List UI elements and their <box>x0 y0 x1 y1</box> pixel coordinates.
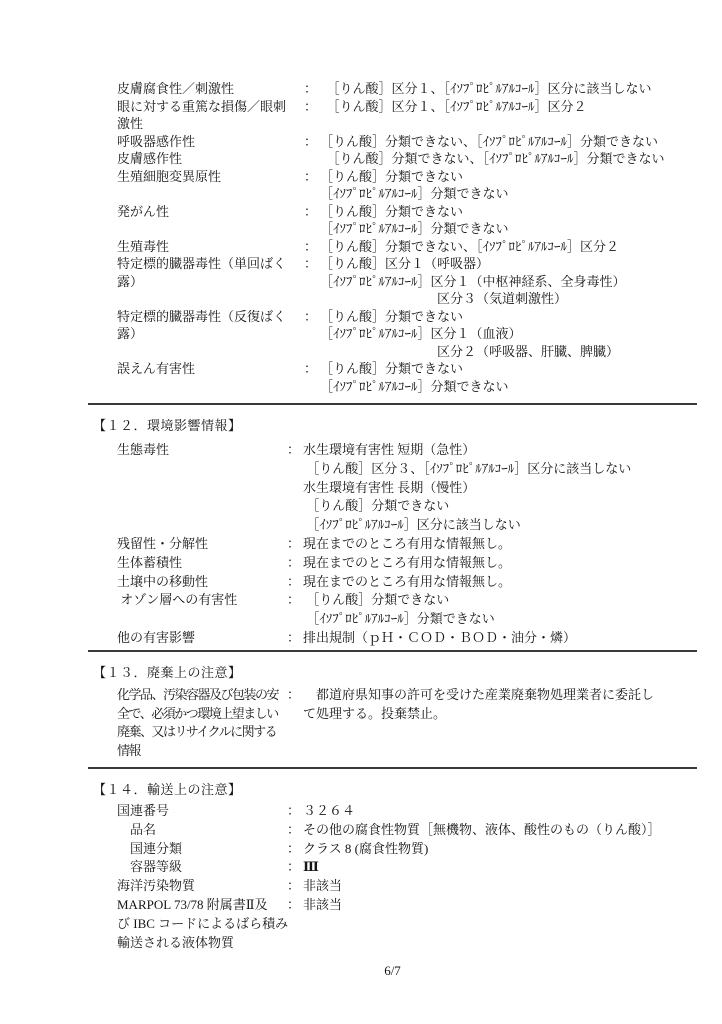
section-12-rows: 生態毒性：水生環境有害性 短期（急性） ［りん酸］区分３、［ｲｿﾌﾟﾛﾋﾟﾙｱﾙ… <box>88 441 697 648</box>
field-value: ３２６４ <box>303 802 697 821</box>
label-line: 国連番号 <box>117 802 287 821</box>
field-row: 化学品、汚染容器及び包装の安全で、必須かつ環境上望ましい廃棄、又はリサイクルに関… <box>117 686 697 761</box>
colon-line: ： <box>287 802 303 821</box>
value-line: ［りん酸］分類できない、［ｲｿﾌﾟﾛﾋﾟﾙｱﾙｺｰﾙ］分類できない <box>320 150 697 168</box>
field-row: オゾン層への有害性： ［りん酸］分類できない ［ｲｿﾌﾟﾛﾋﾟﾙｱﾙｺｰﾙ］分類… <box>117 591 697 629</box>
value-line: ［ｲｿﾌﾟﾛﾋﾟﾙｱﾙｺｰﾙ］分類できない <box>320 378 697 396</box>
value-line: ［りん酸］分類できない <box>320 168 697 186</box>
colon-line: ： <box>287 877 303 896</box>
sds-document-page: 皮膚腐食性／刺激性： ［りん酸］区分１、［ｲｿﾌﾟﾛﾋﾟﾙｱﾙｺｰﾙ］区分に該当… <box>0 0 722 1024</box>
colon-line <box>304 150 320 168</box>
colon-line: ： <box>287 554 303 573</box>
value-line: ［りん酸］区分１、［ｲｿﾌﾟﾛﾋﾟﾙｱﾙｺｰﾙ］区分に該当しない <box>320 80 697 98</box>
field-value: ［りん酸］区分１、［ｲｿﾌﾟﾛﾋﾟﾙｱﾙｺｰﾙ］区分２ <box>320 98 697 116</box>
field-colon: ： <box>287 821 303 840</box>
colon-line: ： <box>287 686 303 705</box>
field-value: Ⅲ <box>303 858 697 877</box>
label-line: 発がん性 <box>117 203 304 221</box>
value-line: 水生環境有害性 短期（急性） <box>303 441 697 460</box>
field-value: 水生環境有害性 短期（急性） ［りん酸］区分３、［ｲｿﾌﾟﾛﾋﾟﾙｱﾙｺｰﾙ］区… <box>303 441 697 535</box>
field-row: 生殖細胞変異原性：［りん酸］分類できない［ｲｿﾌﾟﾛﾋﾟﾙｱﾙｺｰﾙ］分類できな… <box>117 168 697 203</box>
field-colon: ： <box>287 441 303 460</box>
value-line: 現在までのところ有用な情報無し。 <box>303 554 697 573</box>
value-line: 区分３（気道刺激性） <box>320 290 697 308</box>
value-line: ３２６４ <box>303 802 697 821</box>
value-line: 非該当 <box>303 877 697 896</box>
field-row: 特定標的臓器毒性（反復ばく露）：［りん酸］分類できない［ｲｿﾌﾟﾛﾋﾟﾙｱﾙｺｰ… <box>117 308 697 361</box>
page-number: 6/7 <box>88 961 697 980</box>
field-label: 誤えん有害性 <box>117 360 304 378</box>
value-line: ［ｲｿﾌﾟﾛﾋﾟﾙｱﾙｺｰﾙ］区分に該当しない <box>303 516 697 535</box>
section-divider <box>88 650 697 652</box>
section-divider <box>88 767 697 769</box>
field-row: 皮膚感作性 ［りん酸］分類できない、［ｲｿﾌﾟﾛﾋﾟﾙｱﾙｺｰﾙ］分類できない <box>117 150 697 168</box>
field-colon: ： <box>304 98 320 116</box>
field-label: 皮膚感作性 <box>117 150 304 168</box>
label-line: 化学品、汚染容器及び包装の安 <box>117 686 287 705</box>
section-13-rows: 化学品、汚染容器及び包装の安全で、必須かつ環境上望ましい廃棄、又はリサイクルに関… <box>88 686 697 761</box>
field-label: 眼に対する重篤な損傷／眼刺激性 <box>117 98 304 133</box>
field-label: オゾン層への有害性 <box>117 591 287 610</box>
colon-line: ： <box>287 858 303 877</box>
field-colon: ： <box>287 629 303 648</box>
field-label: 皮膚腐食性／刺激性 <box>117 80 304 98</box>
label-line: 生体蓄積性 <box>117 554 287 573</box>
label-line: 誤えん有害性 <box>117 360 304 378</box>
value-line: 区分２（呼吸器、肝臓、脾臓） <box>320 343 697 361</box>
field-row: 残留性・分解性：現在までのところ有用な情報無し。 <box>117 535 697 554</box>
section-divider <box>88 403 697 405</box>
section-12-title: 【１２．環境影響情報】 <box>93 416 697 435</box>
value-line: ［りん酸］分類できない <box>320 308 697 326</box>
field-value: ［りん酸］分類できない［ｲｿﾌﾟﾛﾋﾟﾙｱﾙｺｰﾙ］区分１（血液） 区分２（呼吸… <box>320 308 697 361</box>
section-13-title: 【１３．廃棄上の注意】 <box>93 663 697 682</box>
field-row: 容器等級：Ⅲ <box>117 858 697 877</box>
field-value: ［りん酸］区分１（呼吸器）［ｲｿﾌﾟﾛﾋﾟﾙｱﾙｺｰﾙ］区分１（中枢神経系、全身… <box>320 255 697 308</box>
label-line: MARPOL 73/78 附属書Ⅱ及 <box>117 896 287 915</box>
label-line: 容器等級 <box>117 858 287 877</box>
field-colon: ： <box>304 133 320 151</box>
section-14-title: 【１４．輸送上の注意】 <box>93 780 697 799</box>
field-value: ［りん酸］分類できない［ｲｿﾌﾟﾛﾋﾟﾙｱﾙｺｰﾙ］分類できない <box>320 360 697 395</box>
field-row: 品名：その他の腐食性物質［無機物、液体、酸性のもの（りん酸）］ <box>117 821 697 840</box>
value-line: ［りん酸］分類できない <box>303 497 697 516</box>
label-line: 呼吸器感作性 <box>117 133 304 151</box>
value-line: 排出規制（ｐＨ・ＣＯＤ・ＢＯＤ・油分・燐） <box>303 629 697 648</box>
field-label: 国連番号 <box>117 802 287 821</box>
value-line: ［りん酸］区分３、［ｲｿﾌﾟﾛﾋﾟﾙｱﾙｺｰﾙ］区分に該当しない <box>303 460 697 479</box>
field-value: ［りん酸］区分１、［ｲｿﾌﾟﾛﾋﾟﾙｱﾙｺｰﾙ］区分に該当しない <box>320 80 697 98</box>
field-label: 生殖毒性 <box>117 238 304 256</box>
field-label: 容器等級 <box>117 858 287 877</box>
field-label: 国連分類 <box>117 840 287 859</box>
value-line: クラス 8 (腐食性物質) <box>303 840 697 859</box>
colon-line: ： <box>304 238 320 256</box>
field-row: 誤えん有害性：［りん酸］分類できない［ｲｿﾌﾟﾛﾋﾟﾙｱﾙｺｰﾙ］分類できない <box>117 360 697 395</box>
label-line: 品名 <box>117 821 287 840</box>
value-line: ［ｲｿﾌﾟﾛﾋﾟﾙｱﾙｺｰﾙ］分類できない <box>303 610 697 629</box>
field-label: 化学品、汚染容器及び包装の安全で、必須かつ環境上望ましい廃棄、又はリサイクルに関… <box>117 686 287 761</box>
value-line: ［りん酸］分類できない、［ｲｿﾌﾟﾛﾋﾟﾙｱﾙｺｰﾙ］区分２ <box>320 238 697 256</box>
field-label: 呼吸器感作性 <box>117 133 304 151</box>
label-line: 輸送される液体物質 <box>117 934 287 953</box>
field-row: 海洋汚染物質：非該当 <box>117 877 697 896</box>
label-line: 土壌中の移動性 <box>117 573 287 592</box>
field-label: 生体蓄積性 <box>117 554 287 573</box>
field-value: 現在までのところ有用な情報無し。 <box>303 535 697 554</box>
field-colon: ： <box>287 896 303 915</box>
label-line: 残留性・分解性 <box>117 535 287 554</box>
value-line: 都道府県知事の許可を受けた産業廃棄物処理業者に委託し <box>303 686 697 705</box>
value-line: ［りん酸］分類できない、［ｲｿﾌﾟﾛﾋﾟﾙｱﾙｺｰﾙ］分類できない <box>320 133 697 151</box>
field-row: 生体蓄積性：現在までのところ有用な情報無し。 <box>117 554 697 573</box>
label-line: 露） <box>117 273 304 291</box>
section-11-continuation-rows: 皮膚腐食性／刺激性： ［りん酸］区分１、［ｲｿﾌﾟﾛﾋﾟﾙｱﾙｺｰﾙ］区分に該当… <box>88 80 697 395</box>
field-colon: ： <box>304 203 320 221</box>
field-value: 非該当 <box>303 896 697 915</box>
label-line: 激性 <box>117 115 304 133</box>
colon-line: ： <box>304 360 320 378</box>
field-row: 生殖毒性：［りん酸］分類できない、［ｲｿﾌﾟﾛﾋﾟﾙｱﾙｺｰﾙ］区分２ <box>117 238 697 256</box>
label-line: 廃棄、又はリサイクルに関する <box>117 723 287 742</box>
label-line: 海洋汚染物質 <box>117 877 287 896</box>
value-line: ［りん酸］区分１、［ｲｿﾌﾟﾛﾋﾟﾙｱﾙｺｰﾙ］区分２ <box>320 98 697 116</box>
field-value: 現在までのところ有用な情報無し。 <box>303 573 697 592</box>
field-colon: ： <box>287 573 303 592</box>
field-value: 排出規制（ｐＨ・ＣＯＤ・ＢＯＤ・油分・燐） <box>303 629 697 648</box>
field-colon: ： <box>287 591 303 610</box>
value-line: ［ｲｿﾌﾟﾛﾋﾟﾙｱﾙｺｰﾙ］区分１（血液） <box>320 325 697 343</box>
value-line: ［ｲｿﾌﾟﾛﾋﾟﾙｱﾙｺｰﾙ］区分１（中枢神経系、全身毒性） <box>320 273 697 291</box>
label-line: 他の有害影響 <box>117 629 287 648</box>
value-line: ［りん酸］区分１（呼吸器） <box>320 255 697 273</box>
value-line: 水生環境有害性 長期（慢性） <box>303 479 697 498</box>
field-row: 特定標的臓器毒性（単回ばく露）：［りん酸］区分１（呼吸器）［ｲｿﾌﾟﾛﾋﾟﾙｱﾙ… <box>117 255 697 308</box>
field-value: ［りん酸］分類できない［ｲｿﾌﾟﾛﾋﾟﾙｱﾙｺｰﾙ］分類できない <box>320 203 697 238</box>
value-line: 現在までのところ有用な情報無し。 <box>303 573 697 592</box>
colon-line: ： <box>287 821 303 840</box>
label-line: 全で、必須かつ環境上望ましい <box>117 705 287 724</box>
value-line: 現在までのところ有用な情報無し。 <box>303 535 697 554</box>
field-colon: ： <box>287 554 303 573</box>
field-row: 発がん性：［りん酸］分類できない［ｲｿﾌﾟﾛﾋﾟﾙｱﾙｺｰﾙ］分類できない <box>117 203 697 238</box>
label-line: 国連分類 <box>117 840 287 859</box>
field-label: 生殖細胞変異原性 <box>117 168 304 186</box>
field-row: 皮膚腐食性／刺激性： ［りん酸］区分１、［ｲｿﾌﾟﾛﾋﾟﾙｱﾙｺｰﾙ］区分に該当… <box>117 80 697 98</box>
value-line: ［りん酸］分類できない <box>320 360 697 378</box>
field-label: 生態毒性 <box>117 441 287 460</box>
field-colon: ： <box>304 360 320 378</box>
value-line: ［りん酸］分類できない <box>320 203 697 221</box>
colon-line: ： <box>304 255 320 273</box>
field-colon: ： <box>304 80 320 98</box>
field-label: 発がん性 <box>117 203 304 221</box>
value-line: その他の腐食性物質［無機物、液体、酸性のもの（りん酸）］ <box>303 821 697 840</box>
value-line: ［ｲｿﾌﾟﾛﾋﾟﾙｱﾙｺｰﾙ］分類できない <box>320 185 697 203</box>
colon-line: ： <box>304 308 320 326</box>
field-label: 海洋汚染物質 <box>117 877 287 896</box>
colon-line: ： <box>287 441 303 460</box>
value-line: て処理する。投棄禁止。 <box>303 705 697 724</box>
field-value: その他の腐食性物質［無機物、液体、酸性のもの（りん酸）］ <box>303 821 697 840</box>
field-label: 土壌中の移動性 <box>117 573 287 592</box>
label-line: 生殖毒性 <box>117 238 304 256</box>
colon-line: ： <box>287 591 303 610</box>
field-value: ［りん酸］分類できない［ｲｿﾌﾟﾛﾋﾟﾙｱﾙｺｰﾙ］分類できない <box>320 168 697 203</box>
field-value: ［りん酸］分類できない、［ｲｿﾌﾟﾛﾋﾟﾙｱﾙｺｰﾙ］分類できない <box>320 150 697 168</box>
field-row: 国連番号：３２６４ <box>117 802 697 821</box>
field-value: 現在までのところ有用な情報無し。 <box>303 554 697 573</box>
colon-line: ： <box>304 203 320 221</box>
field-value: ［りん酸］分類できない、［ｲｿﾌﾟﾛﾋﾟﾙｱﾙｺｰﾙ］分類できない <box>320 133 697 151</box>
colon-line: ： <box>287 896 303 915</box>
value-line: ［りん酸］分類できない <box>303 591 697 610</box>
field-colon: ： <box>304 255 320 273</box>
label-line: 生態毒性 <box>117 441 287 460</box>
value-line: ［ｲｿﾌﾟﾛﾋﾟﾙｱﾙｺｰﾙ］分類できない <box>320 220 697 238</box>
colon-line: ： <box>304 80 320 98</box>
label-line: び IBC コードによるばら積み <box>117 915 287 934</box>
label-line: 皮膚腐食性／刺激性 <box>117 80 304 98</box>
field-colon: ： <box>287 802 303 821</box>
field-colon: ： <box>304 238 320 256</box>
field-colon: ： <box>287 877 303 896</box>
field-colon: ： <box>304 168 320 186</box>
label-line: 特定標的臓器毒性（単回ばく <box>117 255 304 273</box>
colon-line: ： <box>287 573 303 592</box>
field-colon <box>304 150 320 168</box>
field-label: 残留性・分解性 <box>117 535 287 554</box>
colon-line: ： <box>304 98 320 116</box>
field-colon: ： <box>287 535 303 554</box>
field-value: ［りん酸］分類できない ［ｲｿﾌﾟﾛﾋﾟﾙｱﾙｺｰﾙ］分類できない <box>303 591 697 629</box>
label-line: 情報 <box>117 742 287 761</box>
field-label: 他の有害影響 <box>117 629 287 648</box>
label-line: 生殖細胞変異原性 <box>117 168 304 186</box>
field-row: 国連分類：クラス 8 (腐食性物質) <box>117 840 697 859</box>
colon-line: ： <box>304 168 320 186</box>
field-value: ［りん酸］分類できない、［ｲｿﾌﾟﾛﾋﾟﾙｱﾙｺｰﾙ］区分２ <box>320 238 697 256</box>
field-row: 他の有害影響：排出規制（ｐＨ・ＣＯＤ・ＢＯＤ・油分・燐） <box>117 629 697 648</box>
label-line: 露） <box>117 325 304 343</box>
field-colon: ： <box>287 858 303 877</box>
field-value: 非該当 <box>303 877 697 896</box>
colon-line: ： <box>287 629 303 648</box>
label-line: 眼に対する重篤な損傷／眼刺 <box>117 98 304 116</box>
field-row: 呼吸器感作性：［りん酸］分類できない、［ｲｿﾌﾟﾛﾋﾟﾙｱﾙｺｰﾙ］分類できない <box>117 133 697 151</box>
colon-line: ： <box>287 840 303 859</box>
label-line: 皮膚感作性 <box>117 150 304 168</box>
value-line: Ⅲ <box>303 858 697 877</box>
label-line: 特定標的臓器毒性（反復ばく <box>117 308 304 326</box>
field-colon: ： <box>287 686 303 705</box>
field-row: 眼に対する重篤な損傷／眼刺激性： ［りん酸］区分１、［ｲｿﾌﾟﾛﾋﾟﾙｱﾙｺｰﾙ… <box>117 98 697 133</box>
field-row: MARPOL 73/78 附属書Ⅱ及び IBC コードによるばら積み輸送される液… <box>117 896 697 952</box>
field-label: 特定標的臓器毒性（反復ばく露） <box>117 308 304 343</box>
field-label: 品名 <box>117 821 287 840</box>
field-label: 特定標的臓器毒性（単回ばく露） <box>117 255 304 290</box>
field-value: クラス 8 (腐食性物質) <box>303 840 697 859</box>
colon-line: ： <box>287 535 303 554</box>
field-colon: ： <box>287 840 303 859</box>
field-row: 生態毒性：水生環境有害性 短期（急性） ［りん酸］区分３、［ｲｿﾌﾟﾛﾋﾟﾙｱﾙ… <box>117 441 697 535</box>
section-14-rows: 国連番号：３２６４ 品名：その他の腐食性物質［無機物、液体、酸性のもの（りん酸）… <box>88 802 697 952</box>
label-line: オゾン層への有害性 <box>117 591 287 610</box>
colon-line: ： <box>304 133 320 151</box>
field-label: MARPOL 73/78 附属書Ⅱ及び IBC コードによるばら積み輸送される液… <box>117 896 287 952</box>
field-value: 都道府県知事の許可を受けた産業廃棄物処理業者に委託して処理する。投棄禁止。 <box>303 686 697 724</box>
value-line: 非該当 <box>303 896 697 915</box>
field-row: 土壌中の移動性：現在までのところ有用な情報無し。 <box>117 573 697 592</box>
field-colon: ： <box>304 308 320 326</box>
